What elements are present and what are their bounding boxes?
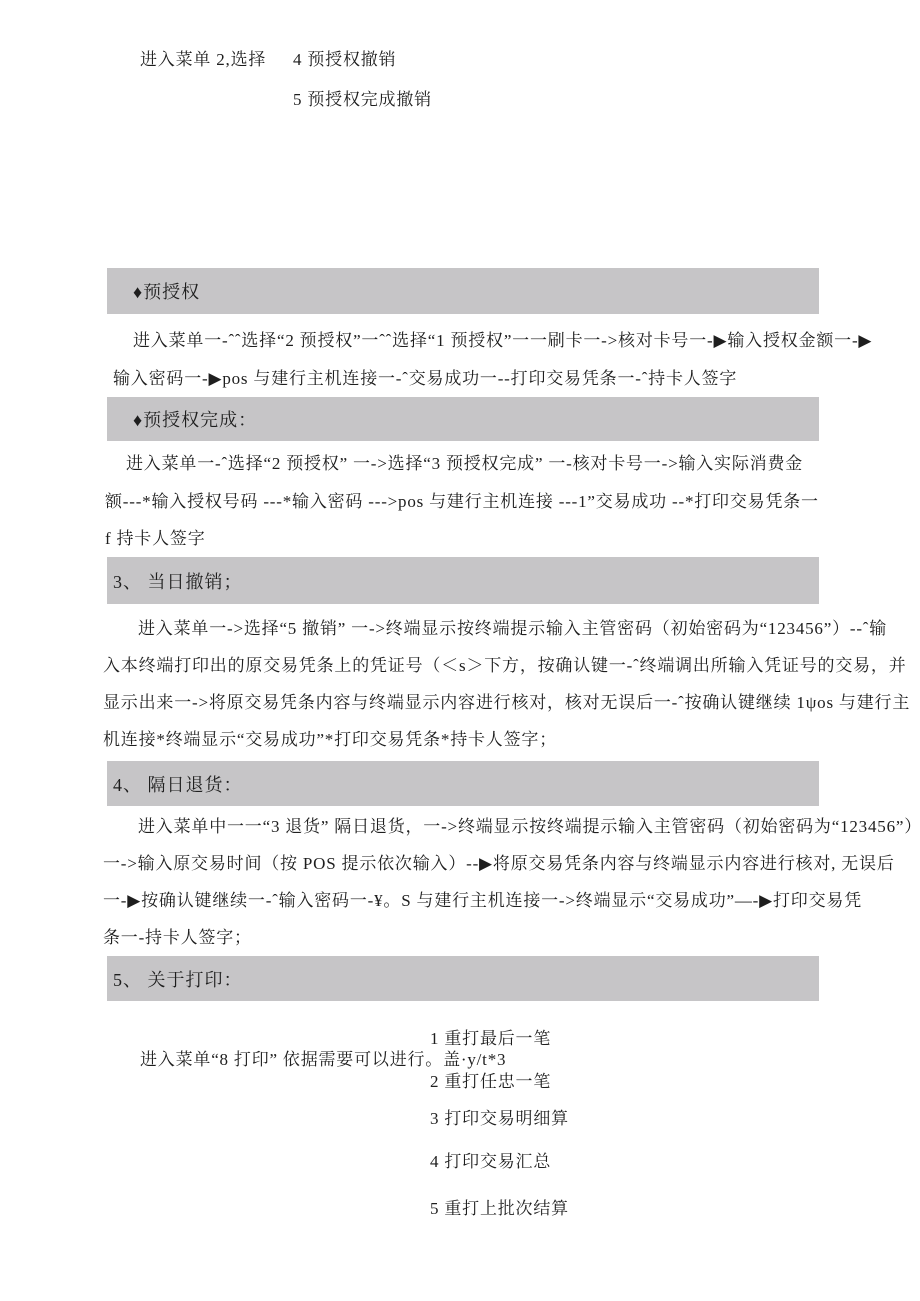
intro-menu-option-4: 4 预授权撤销 (293, 50, 396, 70)
heading-bar-same-day-void: 3、 当日撤销； (107, 557, 819, 604)
print-option-2: 2 重打任忠一笔 (430, 1072, 551, 1092)
print-option-3: 3 打印交易明细算 (430, 1109, 569, 1129)
print-option-5: 5 重打上批次结算 (430, 1199, 569, 1219)
paragraph-next-day-refund-line-2: 一->输入原交易时间（按 POS 提示依次输入）--▶将原交易凭条内容与终端显示… (103, 854, 895, 874)
paragraph-preauth-complete-line-2: 额---*输入授权号码 ---*输入密码 --->pos 与建行主机连接 ---… (105, 492, 819, 512)
intro-lead: 进入菜单 2,选择 (140, 50, 266, 70)
print-option-1: 1 重打最后一笔 (430, 1029, 551, 1049)
heading-preauth-complete: ♦预授权完成： (107, 406, 257, 432)
paragraph-preauth-line-2: 输入密码一-▶pos 与建行主机连接一-ˆ交易成功一--打印交易凭条一-ˆ持卡人… (113, 369, 737, 389)
heading-bar-next-day-refund: 4、 隔日退货： (107, 761, 819, 806)
paragraph-next-day-refund-line-1: 进入菜单中一一“3 退货” 隔日退货，一->终端显示按终端提示输入主管密码（初始… (138, 817, 920, 837)
heading-bar-about-printing: 5、 关于打印： (107, 956, 819, 1001)
paragraph-preauth-line-1: 进入菜单一-ˆˆ选择“2 预授权”一ˆˆ选择“1 预授权”一一刷卡一->核对卡号… (133, 331, 872, 351)
heading-preauthorization: ♦预授权 (107, 278, 200, 304)
print-option-4: 4 打印交易汇总 (430, 1152, 551, 1172)
paragraph-same-day-void-line-3: 显示出来一->将原交易凭条内容与终端显示内容进行核对，核对无误后一-ˆ按确认键继… (103, 693, 910, 713)
heading-same-day-void: 3、 当日撤销； (107, 568, 243, 594)
paragraph-next-day-refund-line-3: 一-▶按确认键继续一-ˆ输入密码一-¥。S 与建行主机连接一->终端显示“交易成… (103, 891, 862, 911)
print-lead: 进入菜单“8 打印” 依据需要可以进行。盖·y/t*3 (140, 1050, 506, 1070)
paragraph-next-day-refund-line-4: 条一-持卡人签字； (103, 928, 252, 948)
heading-about-printing: 5、 关于打印： (107, 966, 243, 992)
paragraph-preauth-complete-line-3: f 持卡人签字 (105, 529, 206, 549)
paragraph-same-day-void-line-4: 机连接*终端显示“交易成功”*打印交易凭条*持卡人签字； (103, 730, 557, 750)
intro-menu-option-5: 5 预授权完成撤销 (293, 90, 432, 110)
document-page: 进入菜单 2,选择 4 预授权撤销 5 预授权完成撤销 ♦预授权 进入菜单一-ˆ… (0, 0, 920, 1301)
paragraph-preauth-complete-line-1: 进入菜单一-ˆ选择“2 预授权” 一->选择“3 预授权完成” 一-核对卡号一-… (126, 454, 803, 474)
paragraph-same-day-void-line-1: 进入菜单一->选择“5 撤销” 一->终端显示按终端提示输入主管密码（初始密码为… (138, 619, 887, 639)
heading-next-day-refund: 4、 隔日退货： (107, 771, 243, 797)
heading-bar-preauth-complete: ♦预授权完成： (107, 397, 819, 441)
heading-bar-preauthorization: ♦预授权 (107, 268, 819, 314)
paragraph-same-day-void-line-2: 入本终端打印出的原交易凭条上的凭证号（＜s＞下方，按确认键一-ˆ终端调出所输入凭… (103, 656, 907, 676)
